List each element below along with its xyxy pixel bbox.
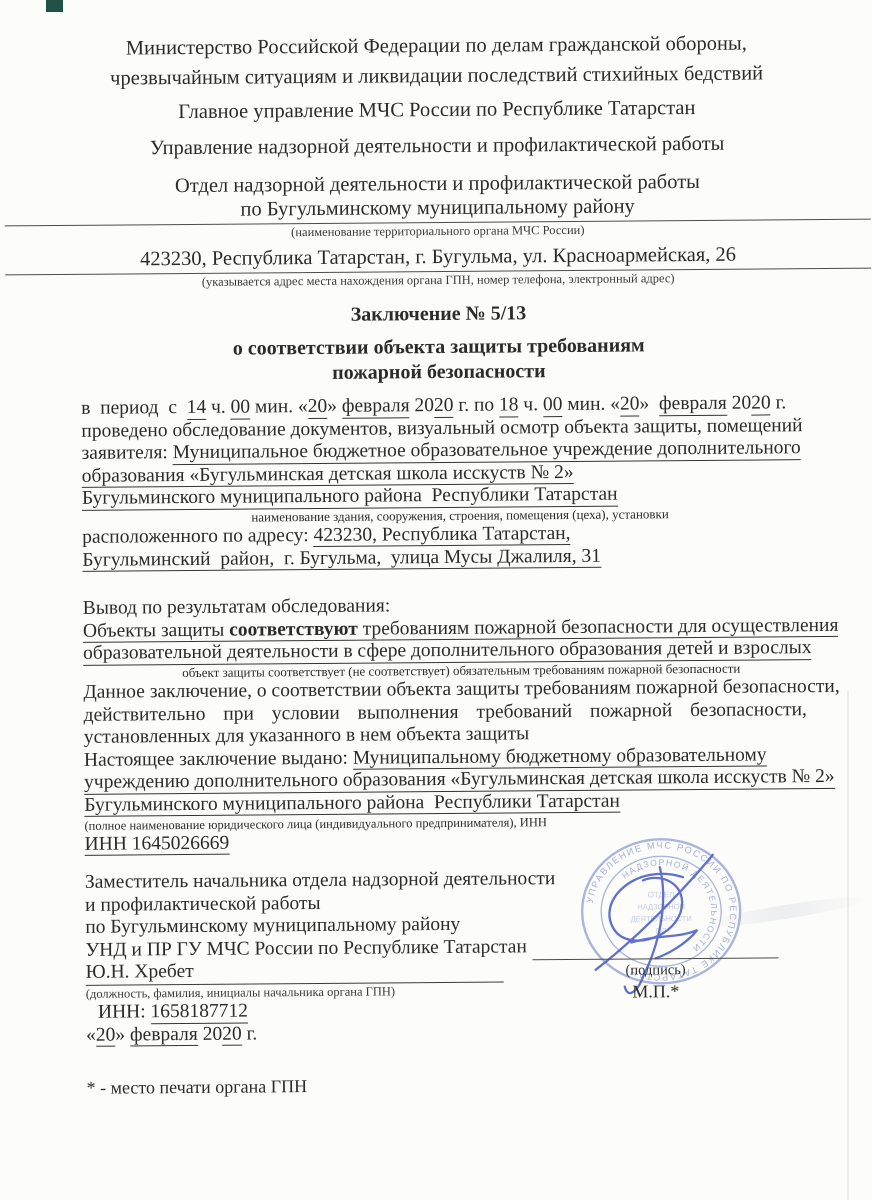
doc-title-number: Заключение № 5/13 xyxy=(2,299,872,331)
signature-zone: Заместитель начальника отдела надзорной … xyxy=(85,866,842,1052)
header-line-directorate: Управление надзорной деятельности и проф… xyxy=(1,131,872,162)
signature-rule xyxy=(532,932,778,960)
header-line-main-directorate: Главное управление МЧС России по Республ… xyxy=(1,95,872,126)
document-body: в период с 14 ч. 00 мин. «20» февраля 20… xyxy=(81,392,842,1099)
document-content: Министерство Российской Федерации по дел… xyxy=(0,0,872,1100)
footnote: * - место печати органа ГПН xyxy=(86,1072,804,1099)
signatory-name-line: Ю.Н. Хребет xyxy=(86,959,504,986)
document-page: Министерство Российской Федерации по дел… xyxy=(0,0,872,1200)
caption-signature: (подпись) xyxy=(533,961,779,980)
signatory-name: Ю.Н. Хребет xyxy=(86,961,194,984)
date-line: «20» февраля 2020 г. xyxy=(86,1020,626,1047)
header-line-ministry-1: Министерство Российской Федерации по дел… xyxy=(0,31,872,62)
header-line-ministry-2: чрезвычайным ситуациям и ликвидации посл… xyxy=(1,61,872,92)
stamp-place-label: М.П.* xyxy=(533,980,779,1003)
signatory-post-1: Заместитель начальника отдела надзорной … xyxy=(85,868,625,895)
